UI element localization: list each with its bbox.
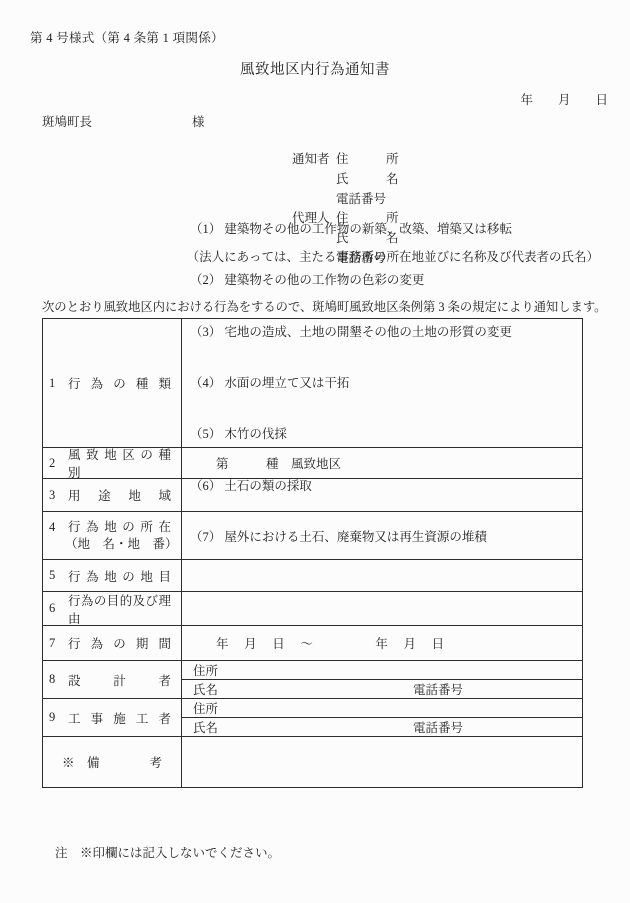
row-label: 行 為 の 期 間: [68, 634, 171, 652]
party-role: 通知者: [292, 150, 336, 170]
row-number: 8: [49, 672, 68, 687]
period-value: 年 月 日 〜 年 月 日: [182, 634, 582, 652]
party-field: 住 所: [336, 152, 399, 166]
activity-type-item: （3） 宅地の造成、土地の開墾その他の土地の形質の変更: [190, 324, 574, 341]
row-value-cell: [182, 512, 582, 559]
row-label-cell: ※ 備 考: [43, 737, 182, 787]
addressee-name: 斑鳩町長: [42, 115, 92, 129]
row-number: 5: [49, 568, 68, 583]
row-label-cell: 1 行 為 の 種 類: [43, 319, 182, 447]
activity-type-item: （2） 建築物その他の工作物の色彩の変更: [190, 272, 574, 289]
phone-label: 電話番号: [413, 718, 463, 736]
row-value-cell: [182, 560, 582, 591]
activity-type-item: （1） 建築物その他の工作物の新築、改築、増築又は移転: [190, 221, 574, 238]
phone-label: 電話番号: [413, 680, 463, 698]
row-label-cell: 6 行為の目的及び理由: [43, 592, 182, 625]
row-label: 行 為 地 の 地 目: [68, 567, 171, 585]
row-number: 2: [49, 456, 68, 471]
row-value-cell: 住所 氏名 電話番号: [182, 661, 582, 698]
table-row-site-location: 4 行 為 地 の 所 在 （地 名・地 番）: [43, 511, 582, 559]
row-label: 工 事 施 工 者: [68, 709, 171, 727]
date-blank-line: 年 月 日: [520, 90, 608, 108]
row-label: 行 為 の 種 類: [68, 374, 171, 392]
row-value-cell: 住所 氏名 電話番号: [182, 699, 582, 736]
table-row-period: 7 行 為 の 期 間 年 月 日 〜 年 月 日: [43, 625, 582, 660]
row-label: 行為の目的及び理由: [68, 591, 171, 627]
addressee-honorific: 様: [192, 112, 205, 130]
row-value-cell: [182, 737, 582, 787]
table-row-land-category: 5 行 為 地 の 地 目: [43, 559, 582, 591]
row-value-cell: [182, 479, 582, 511]
table-row-district-class: 2 風 致 地 区 の 種 別 第 種 風致地区: [43, 447, 582, 478]
row-number: 3: [49, 488, 68, 503]
row-value-cell: （1） 建築物その他の工作物の新築、改築、増築又は移転 （2） 建築物その他の工…: [182, 319, 582, 447]
row-number: 9: [49, 710, 68, 725]
row-label-cell: 9 工 事 施 工 者: [43, 699, 182, 736]
table-row-remarks: ※ 備 考: [43, 736, 582, 787]
page-title: 風致地区内行為通知書: [0, 58, 630, 79]
row-label-cell: 4 行 為 地 の 所 在 （地 名・地 番）: [43, 512, 182, 559]
row-number: 7: [49, 636, 68, 651]
addressee-line: 斑鳩町長様: [42, 112, 205, 130]
row-sublabel: （地 名・地 番）: [49, 536, 171, 553]
row-value-cell: 第 種 風致地区: [182, 448, 582, 478]
table-row-designer: 8 設 計 者 住所 氏名 電話番号: [43, 660, 582, 698]
address-label: 住所: [193, 661, 218, 679]
row-label-cell: 5 行 為 地 の 地 目: [43, 560, 182, 591]
contractor-address-row: 住所: [182, 699, 582, 717]
table-row-contractor: 9 工 事 施 工 者 住所 氏名 電話番号: [43, 698, 582, 736]
footnote: 注 ※印欄には記入しないでください。: [55, 843, 280, 861]
row-label-cell: 8 設 計 者: [43, 661, 182, 698]
row-value-cell: 年 月 日 〜 年 月 日: [182, 626, 582, 660]
form-number: 第 4 号様式（第 4 条第 1 項関係）: [30, 28, 224, 46]
district-class-value: 第 種 風致地区: [182, 454, 582, 472]
designer-address-row: 住所: [182, 661, 582, 679]
row-label-cell: 3 用 途 地 域: [43, 479, 182, 511]
row-label: 行 為 地 の 所 在: [68, 519, 171, 536]
table-row-activity-type: 1 行 為 の 種 類 （1） 建築物その他の工作物の新築、改築、増築又は移転 …: [43, 319, 582, 447]
address-label: 住所: [193, 699, 218, 717]
activity-type-item: （5） 木竹の伐採: [190, 426, 574, 443]
row-label: 風 致 地 区 の 種 別: [68, 445, 171, 481]
contractor-name-row: 氏名 電話番号: [182, 717, 582, 736]
table-row-purpose: 6 行為の目的及び理由: [43, 591, 582, 625]
row-label-cell: 7 行 為 の 期 間: [43, 626, 182, 660]
table-row-zoning: 3 用 途 地 域: [43, 478, 582, 511]
name-label: 氏名: [193, 680, 413, 698]
name-label: 氏名: [193, 718, 413, 736]
row-number: 1: [49, 376, 68, 391]
row-label: 用 途 地 域: [68, 486, 171, 504]
designer-name-row: 氏名 電話番号: [182, 679, 582, 698]
form-document: 第 4 号様式（第 4 条第 1 項関係） 風致地区内行為通知書 年 月 日 斑…: [0, 0, 630, 903]
row-label-cell: 2 風 致 地 区 の 種 別: [43, 448, 182, 478]
notification-table: 1 行 為 の 種 類 （1） 建築物その他の工作物の新築、改築、増築又は移転 …: [42, 318, 583, 788]
row-number: 4: [49, 519, 68, 536]
notifier-address-line: 通知者住 所: [292, 150, 399, 170]
row-label: ※ 備 考: [62, 753, 162, 771]
row-label: 設 計 者: [68, 671, 171, 689]
row-number: 6: [49, 601, 68, 616]
activity-type-item: （4） 水面の埋立て又は干拓: [190, 375, 574, 392]
row-value-cell: [182, 592, 582, 625]
